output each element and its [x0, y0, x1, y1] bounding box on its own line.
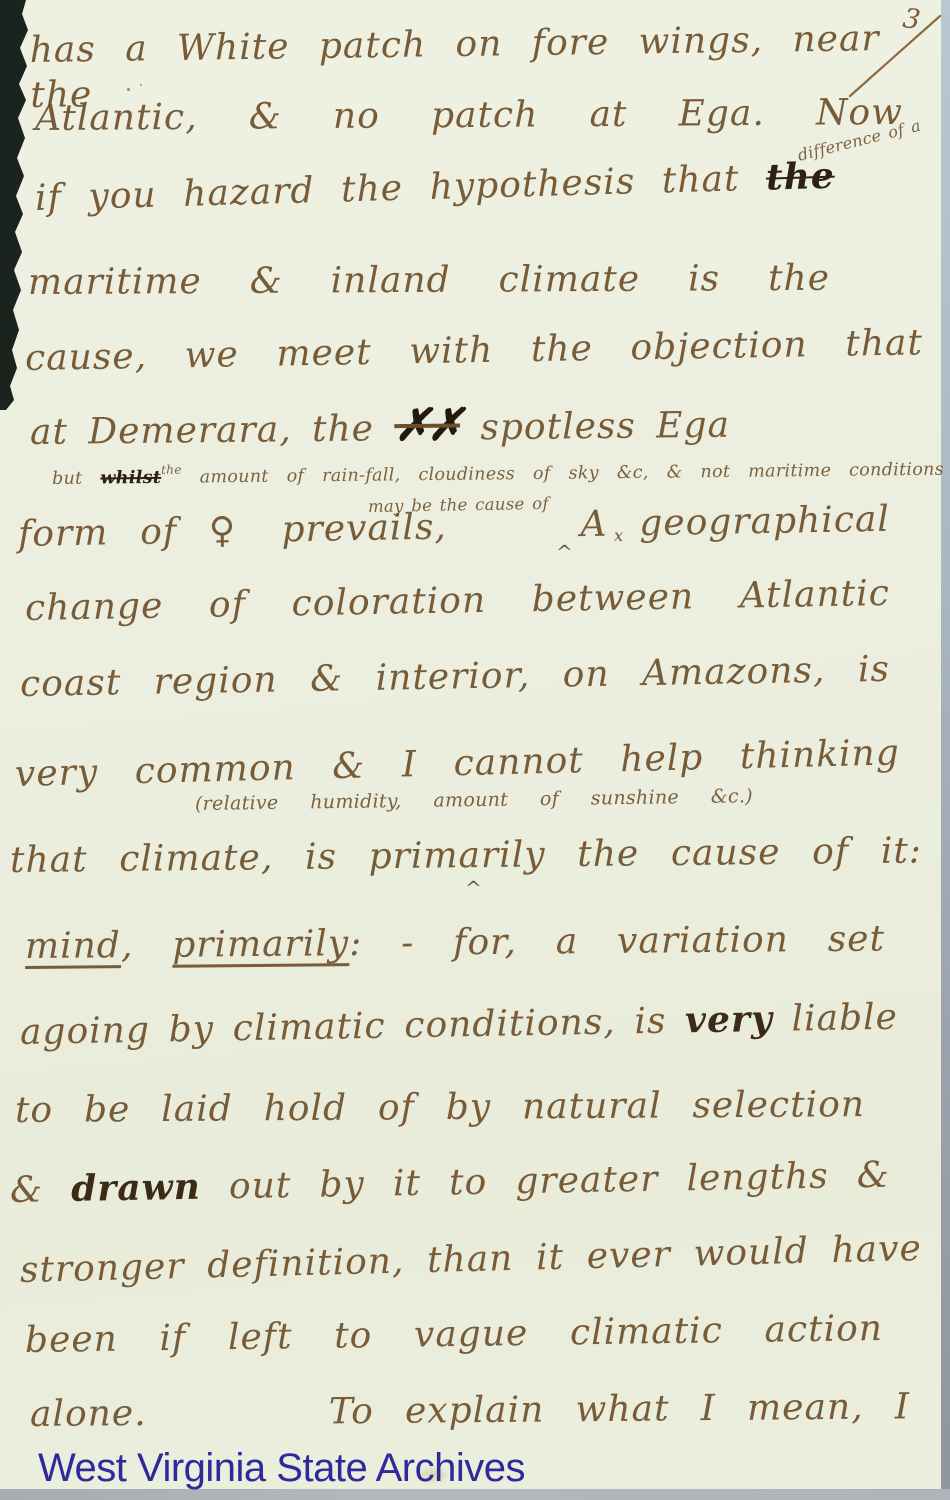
manuscript-line: mind, primarily: - for, a variation set	[25, 916, 885, 969]
line-segment: ,	[121, 925, 134, 966]
line-segment: agoing by climatic conditions, is	[20, 1001, 667, 1053]
manuscript-line: been if left to vague climatic action	[25, 1306, 884, 1363]
obliterated-word: ✗✗	[394, 399, 460, 451]
manuscript-line: at Demerara, the ✗✗ spotless Ega	[30, 403, 730, 455]
scan-edge-bottom	[0, 1489, 950, 1500]
line-segment: alone.	[30, 1393, 147, 1435]
line-segment: form of ♀ prevails,	[18, 507, 448, 555]
word-gap	[178, 1424, 298, 1425]
line-segment: To explain what I mean, I	[329, 1386, 910, 1432]
word-gap	[479, 537, 549, 538]
superscript-word: the	[161, 463, 182, 477]
interlinear-insertion: but whilstthe amount of rain-fall, cloud…	[52, 455, 944, 490]
x-mark: x	[614, 526, 623, 545]
overwritten-word: drawn	[71, 1166, 201, 1210]
line-segment: : - for, a variation set	[349, 918, 885, 964]
manuscript-line: form of ♀ prevails, A geographical	[18, 497, 891, 557]
caret-mark: ^	[556, 540, 573, 564]
manuscript-line: & drawn out by it to greater lengths &	[10, 1153, 891, 1213]
line-segment: but	[52, 469, 83, 489]
manuscript-line: that climate, is primarily the cause of …	[10, 828, 922, 883]
underlined-word: primarily	[172, 923, 349, 966]
manuscript-line: cause, we meet with the objection that	[25, 320, 924, 381]
manuscript-line: stronger definition, than it ever would …	[19, 1226, 922, 1293]
caret-mark: ^	[465, 876, 482, 900]
line-segment: liable	[791, 997, 898, 1040]
struck-word: whilst	[100, 468, 161, 489]
manuscript-line: coast region & interior, on Amazons, is	[20, 647, 891, 707]
manuscript-line: if you hazard the hypothesis that the	[34, 154, 835, 221]
line-segment: spotless Ega	[480, 405, 730, 449]
line-segment: if you hazard the hypothesis that	[34, 158, 740, 219]
manuscript-line: very common & I cannot help thinking	[14, 730, 900, 797]
manuscript-line: Atlantic, & no patch at Ega. Now	[35, 90, 903, 141]
line-segment: amount of rain-fall, cloudiness of sky &…	[200, 460, 944, 488]
line-segment: &	[10, 1169, 44, 1211]
manuscript-line: change of coloration between Atlantic	[25, 571, 891, 631]
overwritten-word: very	[685, 998, 773, 1042]
archive-watermark: West Virginia State Archives	[38, 1448, 525, 1488]
manuscript-line: alone. To explain what I mean, I	[30, 1384, 910, 1437]
scan-edge-right	[941, 0, 950, 1500]
line-segment: at Demerara, the	[30, 408, 374, 453]
manuscript-line: maritime & inland climate is the	[28, 256, 830, 305]
manuscript-line: to be laid hold of by natural selection	[15, 1082, 865, 1133]
manuscript-line: agoing by climatic conditions, is very l…	[20, 995, 899, 1055]
manuscript-scan-page: 3 has a White patch on fore wings, near …	[0, 0, 950, 1500]
underlined-word: mind	[25, 925, 121, 967]
line-segment: A geographical	[580, 499, 890, 545]
line-segment: out by it to greater lengths &	[229, 1155, 891, 1208]
